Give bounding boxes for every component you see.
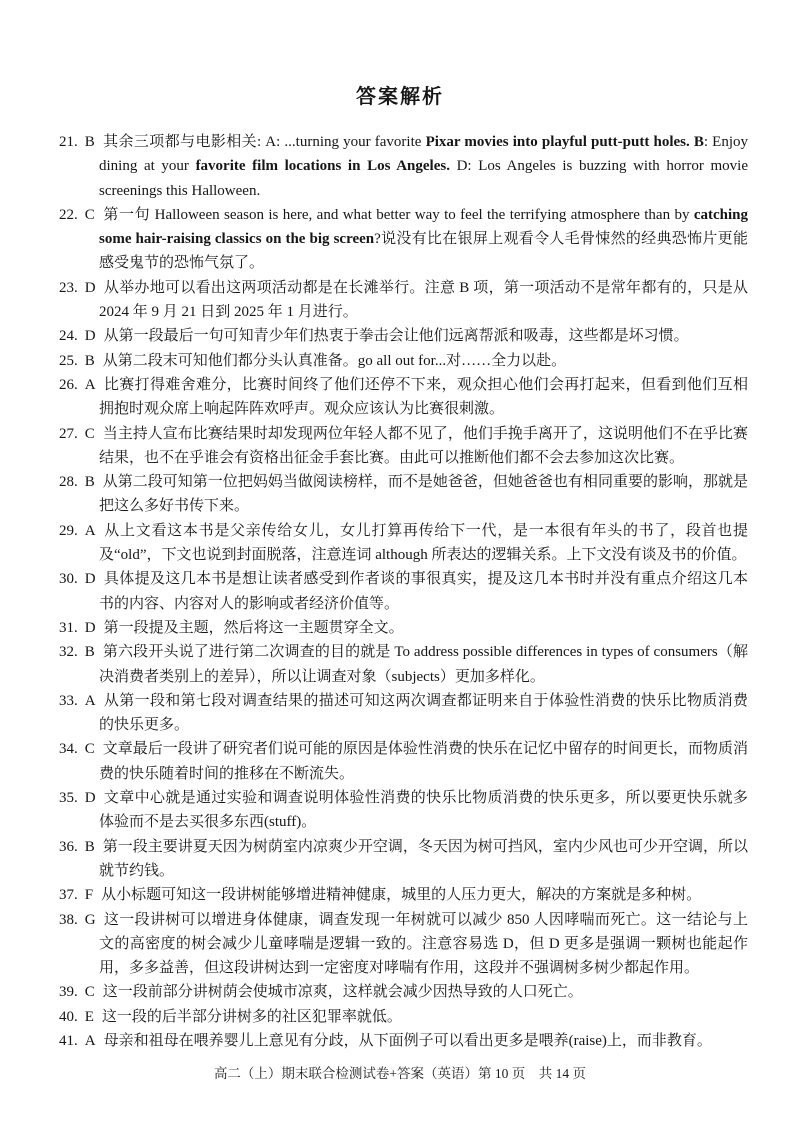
- answer-explanation: 文章中心就是通过实验和调查说明体验性消费的快乐比物质消费的快乐更多，所以要更快乐…: [99, 790, 748, 830]
- explanation-text: 母亲和祖母在喂养婴儿上意见有分歧，从下面例子可以看出更多是喂养(raise)上，…: [104, 1033, 712, 1049]
- answer-item: 35.D文章中心就是通过实验和调查说明体验性消费的快乐比物质消费的快乐更多，所以…: [59, 786, 748, 835]
- explanation-text: 第一段提及主题，然后将这一主题贯穿全文。: [104, 620, 404, 636]
- question-number: 24.: [59, 328, 78, 344]
- answer-letter: F: [85, 887, 93, 903]
- question-number: 31.: [59, 620, 78, 636]
- question-number: 26.: [59, 377, 78, 393]
- explanation-text: Pixar movies into playful putt-putt hole…: [426, 134, 704, 150]
- answer-item: 36.B第一段主要讲夏天因为树荫室内凉爽少开空调，冬天因为树可挡风，室内少风也可…: [59, 835, 748, 884]
- answer-explanation: 这一段前部分讲树荫会使城市凉爽，这样就会减少因热导致的人口死亡。: [103, 984, 583, 1000]
- explanation-text: 具体提及这几本书是想让读者感受到作者谈的事很真实，提及这几本书时并没有重点介绍这…: [99, 571, 748, 611]
- answer-explanation: 从上文看这本书是父亲传给女儿，女儿打算再传给下一代，是一本很有年头的书了，段首也…: [99, 523, 748, 563]
- question-number: 23.: [59, 280, 78, 296]
- question-number: 34.: [59, 741, 78, 757]
- answer-item: 31.D第一段提及主题，然后将这一主题贯穿全文。: [59, 616, 748, 640]
- page-footer: 高二（上）期末联合检测试卷+答案（英语）第 10 页 共 14 页: [0, 1062, 800, 1082]
- answer-explanation: 第一段主要讲夏天因为树荫室内凉爽少开空调，冬天因为树可挡风，室内少风也可少开空调…: [99, 839, 748, 879]
- explanation-text: 这一段前部分讲树荫会使城市凉爽，这样就会减少因热导致的人口死亡。: [103, 984, 583, 1000]
- answer-item: 23.D从举办地可以看出这两项活动都是在长滩举行。注意 B 项，第一项活动不是常…: [59, 276, 748, 325]
- answer-explanation: 从举办地可以看出这两项活动都是在长滩举行。注意 B 项，第一项活动不是常年都有的…: [99, 280, 748, 320]
- explanation-text: 比赛打得难舍难分，比赛时间终了他们还停不下来，观众担心他们会再打起来，但看到他们…: [99, 377, 748, 417]
- answer-item: 32.B第六段开头说了进行第二次调查的目的就是 To address possi…: [59, 640, 748, 689]
- answer-letter: B: [85, 474, 95, 490]
- answer-letter: B: [85, 134, 95, 150]
- answer-item: 33.A从第一段和第七段对调查结果的描述可知这两次调查都证明来自于体验性消费的快…: [59, 689, 748, 738]
- answer-letter: C: [85, 207, 95, 223]
- explanation-text: 从第一段和第七段对调查结果的描述可知这两次调查都证明来自于体验性消费的快乐比物质…: [99, 693, 748, 733]
- question-number: 27.: [59, 426, 78, 442]
- answer-explanation: 文章最后一段讲了研究者们说可能的原因是体验性消费的快乐在记忆中留存的时间更长，而…: [99, 741, 748, 781]
- question-number: 30.: [59, 571, 78, 587]
- answer-item: 38.G这一段讲树可以增进身体健康，调查发现一年树就可以减少 850 人因哮喘而…: [59, 908, 748, 981]
- explanation-text: 从小标题可知这一段讲树能够增进精神健康，城里的人压力更大，解决的方案就是多种树。: [101, 887, 701, 903]
- answer-letter: A: [85, 523, 96, 539]
- explanation-text: favorite film locations in Los Angeles.: [196, 158, 450, 174]
- answer-item: 27.C当主持人宣布比赛结果时却发现两位年轻人都不见了，他们手挽手离开了，这说明…: [59, 422, 748, 471]
- explanation-text: 这一段讲树可以增进身体健康，调查发现一年树就可以减少 850 人因哮喘而死亡。这…: [99, 912, 748, 977]
- answer-list: 21.B其余三项都与电影相关: A: ...turning your favor…: [59, 130, 748, 1053]
- answer-explanation: 从第二段可知第一位把妈妈当做阅读榜样，而不是她爸爸，但她爸爸也有相同重要的影响，…: [99, 474, 748, 514]
- answer-explanation: 具体提及这几本书是想让读者感受到作者谈的事很真实，提及这几本书时并没有重点介绍这…: [99, 571, 748, 611]
- question-number: 40.: [59, 1009, 78, 1025]
- answer-letter: C: [85, 741, 95, 757]
- answer-letter: D: [85, 328, 96, 344]
- question-number: 25.: [59, 353, 78, 369]
- answer-item: 22.C第一句 Halloween season is here, and wh…: [59, 203, 748, 276]
- answer-item: 25.B从第二段末可知他们都分头认真准备。go all out for...对……: [59, 349, 748, 373]
- answer-explanation: 母亲和祖母在喂养婴儿上意见有分歧，从下面例子可以看出更多是喂养(raise)上，…: [104, 1033, 712, 1049]
- answer-explanation: 这一段的后半部分讲树多的社区犯罪率就低。: [102, 1009, 402, 1025]
- answer-letter: C: [85, 984, 95, 1000]
- question-number: 39.: [59, 984, 78, 1000]
- answer-letter: B: [85, 839, 95, 855]
- explanation-text: 文章中心就是通过实验和调查说明体验性消费的快乐比物质消费的快乐更多，所以要更快乐…: [99, 790, 748, 830]
- answer-item: 30.D具体提及这几本书是想让读者感受到作者谈的事很真实，提及这几本书时并没有重…: [59, 567, 748, 616]
- answer-letter: D: [85, 571, 96, 587]
- question-number: 38.: [59, 912, 78, 928]
- page-title: 答案解析: [0, 80, 800, 109]
- explanation-text: 从第一段最后一句可知青少年们热衷于拳击会让他们远离帮派和吸毒，这些都是坏习惯。: [104, 328, 689, 344]
- explanation-text: 第一句 Halloween season is here, and what b…: [103, 207, 694, 223]
- explanation-text: 从举办地可以看出这两项活动都是在长滩举行。注意 B 项，第一项活动不是常年都有的…: [99, 280, 748, 320]
- question-number: 36.: [59, 839, 78, 855]
- answer-explanation: 从第一段最后一句可知青少年们热衷于拳击会让他们远离帮派和吸毒，这些都是坏习惯。: [104, 328, 689, 344]
- answer-explanation: 当主持人宣布比赛结果时却发现两位年轻人都不见了，他们手挽手离开了，这说明他们不在…: [99, 426, 748, 466]
- question-number: 29.: [59, 523, 78, 539]
- answer-explanation: 比赛打得难舍难分，比赛时间终了他们还停不下来，观众担心他们会再打起来，但看到他们…: [99, 377, 748, 417]
- explanation-text: 第六段开头说了进行第二次调查的目的就是 To address possible …: [99, 644, 748, 684]
- question-number: 21.: [59, 134, 78, 150]
- explanation-text: 这一段的后半部分讲树多的社区犯罪率就低。: [102, 1009, 402, 1025]
- answer-item: 40.E这一段的后半部分讲树多的社区犯罪率就低。: [59, 1005, 748, 1029]
- answer-letter: B: [85, 353, 95, 369]
- question-number: 37.: [59, 887, 78, 903]
- answer-item: 29.A从上文看这本书是父亲传给女儿，女儿打算再传给下一代，是一本很有年头的书了…: [59, 519, 748, 568]
- question-number: 33.: [59, 693, 78, 709]
- answer-letter: A: [85, 377, 96, 393]
- question-number: 41.: [59, 1033, 78, 1049]
- question-number: 32.: [59, 644, 78, 660]
- answer-item: 24.D从第一段最后一句可知青少年们热衷于拳击会让他们远离帮派和吸毒，这些都是坏…: [59, 324, 748, 348]
- answer-letter: C: [85, 426, 95, 442]
- explanation-text: 文章最后一段讲了研究者们说可能的原因是体验性消费的快乐在记忆中留存的时间更长，而…: [99, 741, 748, 781]
- answer-explanation: 第六段开头说了进行第二次调查的目的就是 To address possible …: [99, 644, 748, 684]
- answer-explanation: 从第一段和第七段对调查结果的描述可知这两次调查都证明来自于体验性消费的快乐比物质…: [99, 693, 748, 733]
- answer-item: 41.A母亲和祖母在喂养婴儿上意见有分歧，从下面例子可以看出更多是喂养(rais…: [59, 1029, 748, 1053]
- answer-item: 26.A比赛打得难舍难分，比赛时间终了他们还停不下来，观众担心他们会再打起来，但…: [59, 373, 748, 422]
- answer-explanation: 从小标题可知这一段讲树能够增进精神健康，城里的人压力更大，解决的方案就是多种树。: [101, 887, 701, 903]
- answer-letter: B: [85, 644, 95, 660]
- explanation-text: 从上文看这本书是父亲传给女儿，女儿打算再传给下一代，是一本很有年头的书了，段首也…: [99, 523, 748, 563]
- answer-letter: A: [85, 693, 96, 709]
- explanation-text: 其余三项都与电影相关: A: ...turning your favorite: [103, 134, 426, 150]
- answer-item: 28.B从第二段可知第一位把妈妈当做阅读榜样，而不是她爸爸，但她爸爸也有相同重要…: [59, 470, 748, 519]
- answer-letter: D: [85, 620, 96, 636]
- answer-explanation: 这一段讲树可以增进身体健康，调查发现一年树就可以减少 850 人因哮喘而死亡。这…: [99, 912, 748, 977]
- answer-letter: D: [85, 790, 96, 806]
- answer-explanation: 其余三项都与电影相关: A: ...turning your favorite …: [99, 134, 748, 199]
- question-number: 22.: [59, 207, 78, 223]
- answer-explanation: 从第二段末可知他们都分头认真准备。go all out for...对……全力以…: [103, 353, 566, 369]
- answer-letter: E: [85, 1009, 94, 1025]
- explanation-text: 第一段主要讲夏天因为树荫室内凉爽少开空调，冬天因为树可挡风，室内少风也可少开空调…: [99, 839, 748, 879]
- answer-item: 34.C文章最后一段讲了研究者们说可能的原因是体验性消费的快乐在记忆中留存的时间…: [59, 737, 748, 786]
- explanation-text: 当主持人宣布比赛结果时却发现两位年轻人都不见了，他们手挽手离开了，这说明他们不在…: [99, 426, 748, 466]
- answer-letter: A: [85, 1033, 96, 1049]
- answer-explanation: 第一段提及主题，然后将这一主题贯穿全文。: [104, 620, 404, 636]
- answer-explanation: 第一句 Halloween season is here, and what b…: [99, 207, 748, 272]
- explanation-text: 从第二段可知第一位把妈妈当做阅读榜样，而不是她爸爸，但她爸爸也有相同重要的影响，…: [99, 474, 748, 514]
- answer-item: 39.C这一段前部分讲树荫会使城市凉爽，这样就会减少因热导致的人口死亡。: [59, 980, 748, 1004]
- question-number: 35.: [59, 790, 78, 806]
- answer-item: 21.B其余三项都与电影相关: A: ...turning your favor…: [59, 130, 748, 203]
- explanation-text: 从第二段末可知他们都分头认真准备。go all out for...对……全力以…: [103, 353, 566, 369]
- answer-letter: D: [85, 280, 96, 296]
- answer-letter: G: [85, 912, 96, 928]
- question-number: 28.: [59, 474, 78, 490]
- document-page: 答案解析 21.B其余三项都与电影相关: A: ...turning your …: [0, 0, 800, 1131]
- answer-item: 37.F从小标题可知这一段讲树能够增进精神健康，城里的人压力更大，解决的方案就是…: [59, 883, 748, 907]
